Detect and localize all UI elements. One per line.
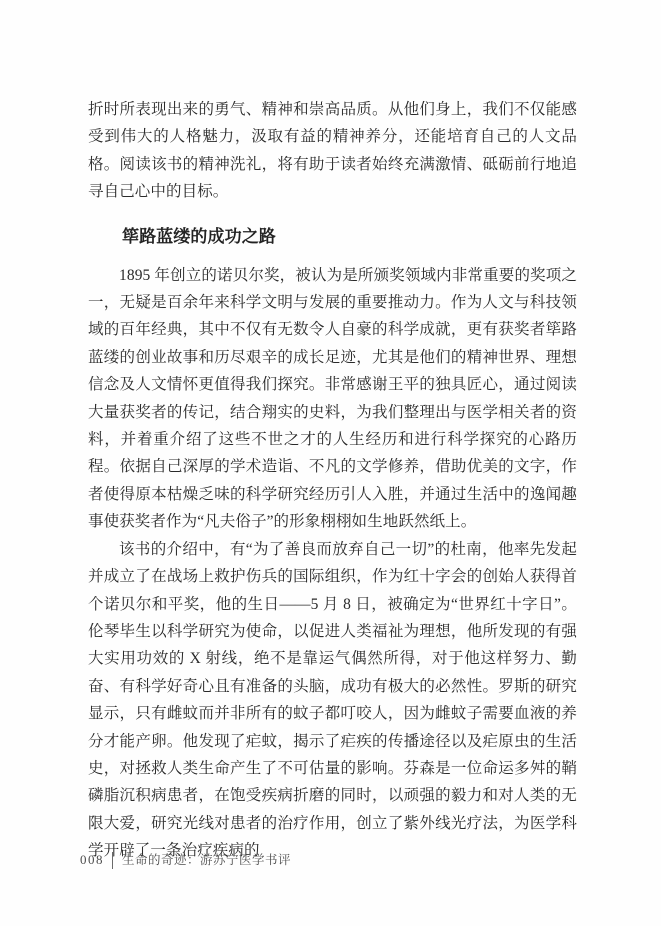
footer-divider <box>112 852 113 869</box>
page-body-text: 折时所表现出来的勇气、精神和崇高品质。从他们身上，我们不仅能感受到伟大的人格魅力… <box>88 96 577 865</box>
paragraph-laureate-stories: 该书的介绍中，有“为了善良而放弃自己一切”的杜南，他率先发起并成立了在战场上救护… <box>88 536 577 865</box>
page-footer: 008 生命的奇迹：游苏宁医学书评 <box>80 851 291 869</box>
book-title: 生命的奇迹：游苏宁医学书评 <box>122 851 291 869</box>
book-page: 折时所表现出来的勇气、精神和崇高品质。从他们身上，我们不仅能感受到伟大的人格魅力… <box>0 0 661 926</box>
paragraph-nobel-intro: 1895 年创立的诺贝尔奖，被认为是所颁奖领域内非常重要的奖项之一，无疑是百余年… <box>88 262 577 536</box>
page-number: 008 <box>80 851 104 869</box>
section-heading: 筚路蓝缕的成功之路 <box>88 223 577 250</box>
paragraph-continuation: 折时所表现出来的勇气、精神和崇高品质。从他们身上，我们不仅能感受到伟大的人格魅力… <box>88 96 577 206</box>
